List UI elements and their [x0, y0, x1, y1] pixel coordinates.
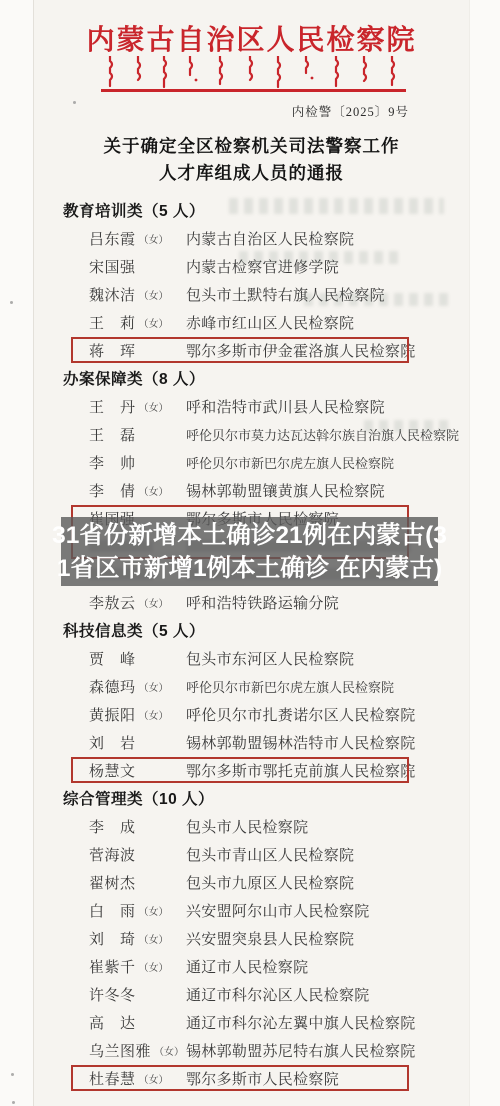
table-row: 杜春慧 （女） 鄂尔多斯市人民检察院: [34, 1064, 469, 1092]
org-name: 锡林郭勒盟镶黄旗人民检察院: [186, 480, 385, 501]
name-cell: 翟树杰: [89, 872, 186, 893]
section: 综合管理类（10 人） 李 成 包头市人民检察院 菅海波 包头市青山区人民检察院…: [34, 784, 469, 1092]
person-name: 刘 岩: [89, 732, 136, 753]
table-row: 吕东霞 （女） 内蒙古自治区人民检察院: [34, 224, 469, 252]
table-row: 李 成 包头市人民检察院: [34, 812, 469, 840]
name-cell: 王 丹 （女）: [89, 396, 186, 417]
section: 教育培训类（5 人） 吕东霞 （女） 内蒙古自治区人民检察院 宋国强 内蒙古检察…: [34, 196, 469, 364]
table-row: 王 丹 （女） 呼和浩特市武川县人民检察院: [34, 392, 469, 420]
org-name: 赤峰市红山区人民检察院: [186, 312, 354, 333]
document-title: 关于确定全区检察机关司法警察工作 人才库组成人员的通报: [34, 133, 469, 187]
org-name: 鄂尔多斯市鄂托克前旗人民检察院: [186, 760, 416, 781]
name-cell: 菅海波: [89, 844, 186, 865]
name-cell: 吕东霞 （女）: [89, 228, 186, 249]
name-cell: 贾 峰: [89, 648, 186, 669]
name-cell: 杜春慧 （女）: [89, 1068, 186, 1089]
person-name: 杨慧文: [89, 760, 136, 781]
gender-note: （女）: [139, 483, 169, 498]
table-row: 森德玛 （女） 呼伦贝尔市新巴尔虎左旗人民检察院: [34, 672, 469, 700]
org-name: 锡林郭勒盟苏尼特右旗人民检察院: [186, 1040, 416, 1061]
person-name: 李 成: [89, 816, 136, 837]
person-name: 李 帅: [89, 452, 136, 473]
table-row: 杨慧文 鄂尔多斯市鄂托克前旗人民检察院: [34, 756, 469, 784]
name-cell: 许冬冬: [89, 984, 186, 1005]
org-name: 包头市青山区人民检察院: [186, 844, 354, 865]
scan-speck: [73, 101, 76, 104]
red-divider: [101, 89, 406, 92]
section-heading: 科技信息类（5 人）: [34, 616, 469, 644]
org-name: 鄂尔多斯市人民检察院: [186, 1068, 339, 1089]
org-name: 通辽市科尔沁左翼中旗人民检察院: [186, 1012, 416, 1033]
gender-note: （女）: [139, 399, 169, 414]
doc-number: 内检警〔2025〕9号: [292, 102, 409, 120]
person-name: 魏沐洁: [89, 284, 136, 305]
scan-speck: [10, 301, 13, 304]
person-name: 许冬冬: [89, 984, 136, 1005]
org-name: 锡林郭勒盟锡林浩特市人民检察院: [186, 732, 416, 753]
name-cell: 王 磊: [89, 424, 186, 445]
section: 科技信息类（5 人） 贾 峰 包头市东河区人民检察院 森德玛 （女） 呼伦贝尔市…: [34, 616, 469, 784]
name-cell: 乌兰图雅 （女）: [89, 1040, 186, 1061]
person-name: 李敖云: [89, 592, 136, 613]
section-rows: 李 成 包头市人民检察院 菅海波 包头市青山区人民检察院 翟树杰 包头市九原区人…: [34, 812, 469, 1092]
name-cell: 刘 琦 （女）: [89, 928, 186, 949]
gender-note: （女）: [139, 315, 169, 330]
org-name: 通辽市人民检察院: [186, 956, 308, 977]
person-name: 宋国强: [89, 256, 136, 277]
table-row: 贾 峰 包头市东河区人民检察院: [34, 644, 469, 672]
person-name: 崔紫千: [89, 956, 136, 977]
person-name: 刘 琦: [89, 928, 136, 949]
table-row: 崔紫千 （女） 通辽市人民检察院: [34, 952, 469, 980]
person-name: 白 雨: [89, 900, 136, 921]
gender-note: （女）: [139, 903, 169, 918]
gender-note: （女）: [139, 959, 169, 974]
name-cell: 宋国强: [89, 256, 186, 277]
table-row: 翟树杰 包头市九原区人民检察院: [34, 868, 469, 896]
agency-name: 内蒙古自治区人民检察院: [34, 18, 469, 58]
person-name: 王 磊: [89, 424, 136, 445]
table-row: 刘 琦 （女） 兴安盟突泉县人民检察院: [34, 924, 469, 952]
mongolian-script-icon: [102, 56, 402, 90]
gender-note: （女）: [139, 595, 169, 610]
name-cell: 崔紫千 （女）: [89, 956, 186, 977]
org-name: 内蒙古自治区人民检察院: [186, 228, 354, 249]
org-name: 包头市人民检察院: [186, 816, 308, 837]
person-name: 李 倩: [89, 480, 136, 501]
name-cell: 李 帅: [89, 452, 186, 473]
name-cell: 刘 岩: [89, 732, 186, 753]
overlay-banner-line2: 1省区市新增1例本土确诊 在内蒙古): [57, 552, 442, 585]
gender-note: （女）: [139, 931, 169, 946]
section-rows: 贾 峰 包头市东河区人民检察院 森德玛 （女） 呼伦贝尔市新巴尔虎左旗人民检察院…: [34, 644, 469, 784]
gender-note: （女）: [139, 287, 169, 302]
name-cell: 李敖云 （女）: [89, 592, 186, 613]
gender-note: （女）: [139, 707, 169, 722]
org-name: 呼和浩特市武川县人民检察院: [186, 396, 385, 417]
table-row: 白 雨 （女） 兴安盟阿尔山市人民检察院: [34, 896, 469, 924]
person-name: 乌兰图雅: [89, 1040, 151, 1061]
section-heading: 综合管理类（10 人）: [34, 784, 469, 812]
org-name: 兴安盟突泉县人民检察院: [186, 928, 354, 949]
person-name: 翟树杰: [89, 872, 136, 893]
org-name: 呼伦贝尔市新巴尔虎左旗人民检察院: [186, 453, 394, 472]
bleed-through-artifact: [239, 251, 404, 264]
person-name: 王 丹: [89, 396, 136, 417]
org-name: 呼和浩特铁路运输分院: [186, 592, 339, 613]
overlay-banner-line1: 31省份新增本土确诊21例在内蒙古(3: [52, 519, 447, 552]
name-cell: 李 倩 （女）: [89, 480, 186, 501]
person-name: 森德玛: [89, 676, 136, 697]
name-cell: 魏沐洁 （女）: [89, 284, 186, 305]
table-row: 高 达 通辽市科尔沁左翼中旗人民检察院: [34, 1008, 469, 1036]
name-cell: 白 雨 （女）: [89, 900, 186, 921]
table-row: 黄振阳 （女） 呼伦贝尔市扎赉诺尔区人民检察院: [34, 700, 469, 728]
name-cell: 黄振阳 （女）: [89, 704, 186, 725]
person-name: 杜春慧: [89, 1068, 136, 1089]
table-row: 乌兰图雅 （女） 锡林郭勒盟苏尼特右旗人民检察院: [34, 1036, 469, 1064]
org-name: 鄂尔多斯市伊金霍洛旗人民检察院: [186, 340, 416, 361]
name-cell: 森德玛 （女）: [89, 676, 186, 697]
name-cell: 高 达: [89, 1012, 186, 1033]
document-title-line2: 人才库组成人员的通报: [34, 160, 469, 187]
scan-speck: [12, 1101, 15, 1104]
person-name: 吕东霞: [89, 228, 136, 249]
table-row: 李 帅 呼伦贝尔市新巴尔虎左旗人民检察院: [34, 448, 469, 476]
section-heading: 办案保障类（8 人）: [34, 364, 469, 392]
person-name: 贾 峰: [89, 648, 136, 669]
table-row: 刘 岩 锡林郭勒盟锡林浩特市人民检察院: [34, 728, 469, 756]
table-row: 蒋 珲 鄂尔多斯市伊金霍洛旗人民检察院: [34, 336, 469, 364]
person-name: 黄振阳: [89, 704, 136, 725]
org-name: 包头市九原区人民检察院: [186, 872, 354, 893]
name-cell: 王 莉 （女）: [89, 312, 186, 333]
person-name: 菅海波: [89, 844, 136, 865]
person-name: 高 达: [89, 1012, 136, 1033]
org-name: 通辽市科尔沁区人民检察院: [186, 984, 370, 1005]
bleed-through-artifact: [229, 198, 444, 214]
person-name: 蒋 珲: [89, 340, 136, 361]
name-cell: 李 成: [89, 816, 186, 837]
screenshot-stage: 内蒙古自治区人民检察院 内检警〔2025〕9号 关于确定全区检察机关司: [0, 0, 500, 1106]
org-name: 兴安盟阿尔山市人民检察院: [186, 900, 370, 921]
scan-speck: [11, 1073, 14, 1076]
bleed-through-artifact: [364, 420, 449, 432]
gender-note: （女）: [154, 1043, 184, 1058]
org-name: 呼伦贝尔市新巴尔虎左旗人民检察院: [186, 677, 394, 696]
gender-note: （女）: [139, 1071, 169, 1086]
table-row: 王 莉 （女） 赤峰市红山区人民检察院: [34, 308, 469, 336]
gender-note: （女）: [139, 679, 169, 694]
name-cell: 蒋 珲: [89, 340, 186, 361]
table-row: 许冬冬 通辽市科尔沁区人民检察院: [34, 980, 469, 1008]
gender-note: （女）: [139, 231, 169, 246]
document-title-line1: 关于确定全区检察机关司法警察工作: [34, 133, 469, 160]
org-name: 呼伦贝尔市扎赉诺尔区人民检察院: [186, 704, 416, 725]
bleed-through-artifact: [304, 293, 454, 306]
overlay-banner: 31省份新增本土确诊21例在内蒙古(3 1省区市新增1例本土确诊 在内蒙古): [61, 517, 438, 586]
name-cell: 杨慧文: [89, 760, 186, 781]
org-name: 包头市东河区人民检察院: [186, 648, 354, 669]
sections: 教育培训类（5 人） 吕东霞 （女） 内蒙古自治区人民检察院 宋国强 内蒙古检察…: [34, 196, 469, 1092]
person-name: 王 莉: [89, 312, 136, 333]
table-row: 菅海波 包头市青山区人民检察院: [34, 840, 469, 868]
table-row: 李敖云 （女） 呼和浩特铁路运输分院: [34, 588, 469, 616]
table-row: 李 倩 （女） 锡林郭勒盟镶黄旗人民检察院: [34, 476, 469, 504]
